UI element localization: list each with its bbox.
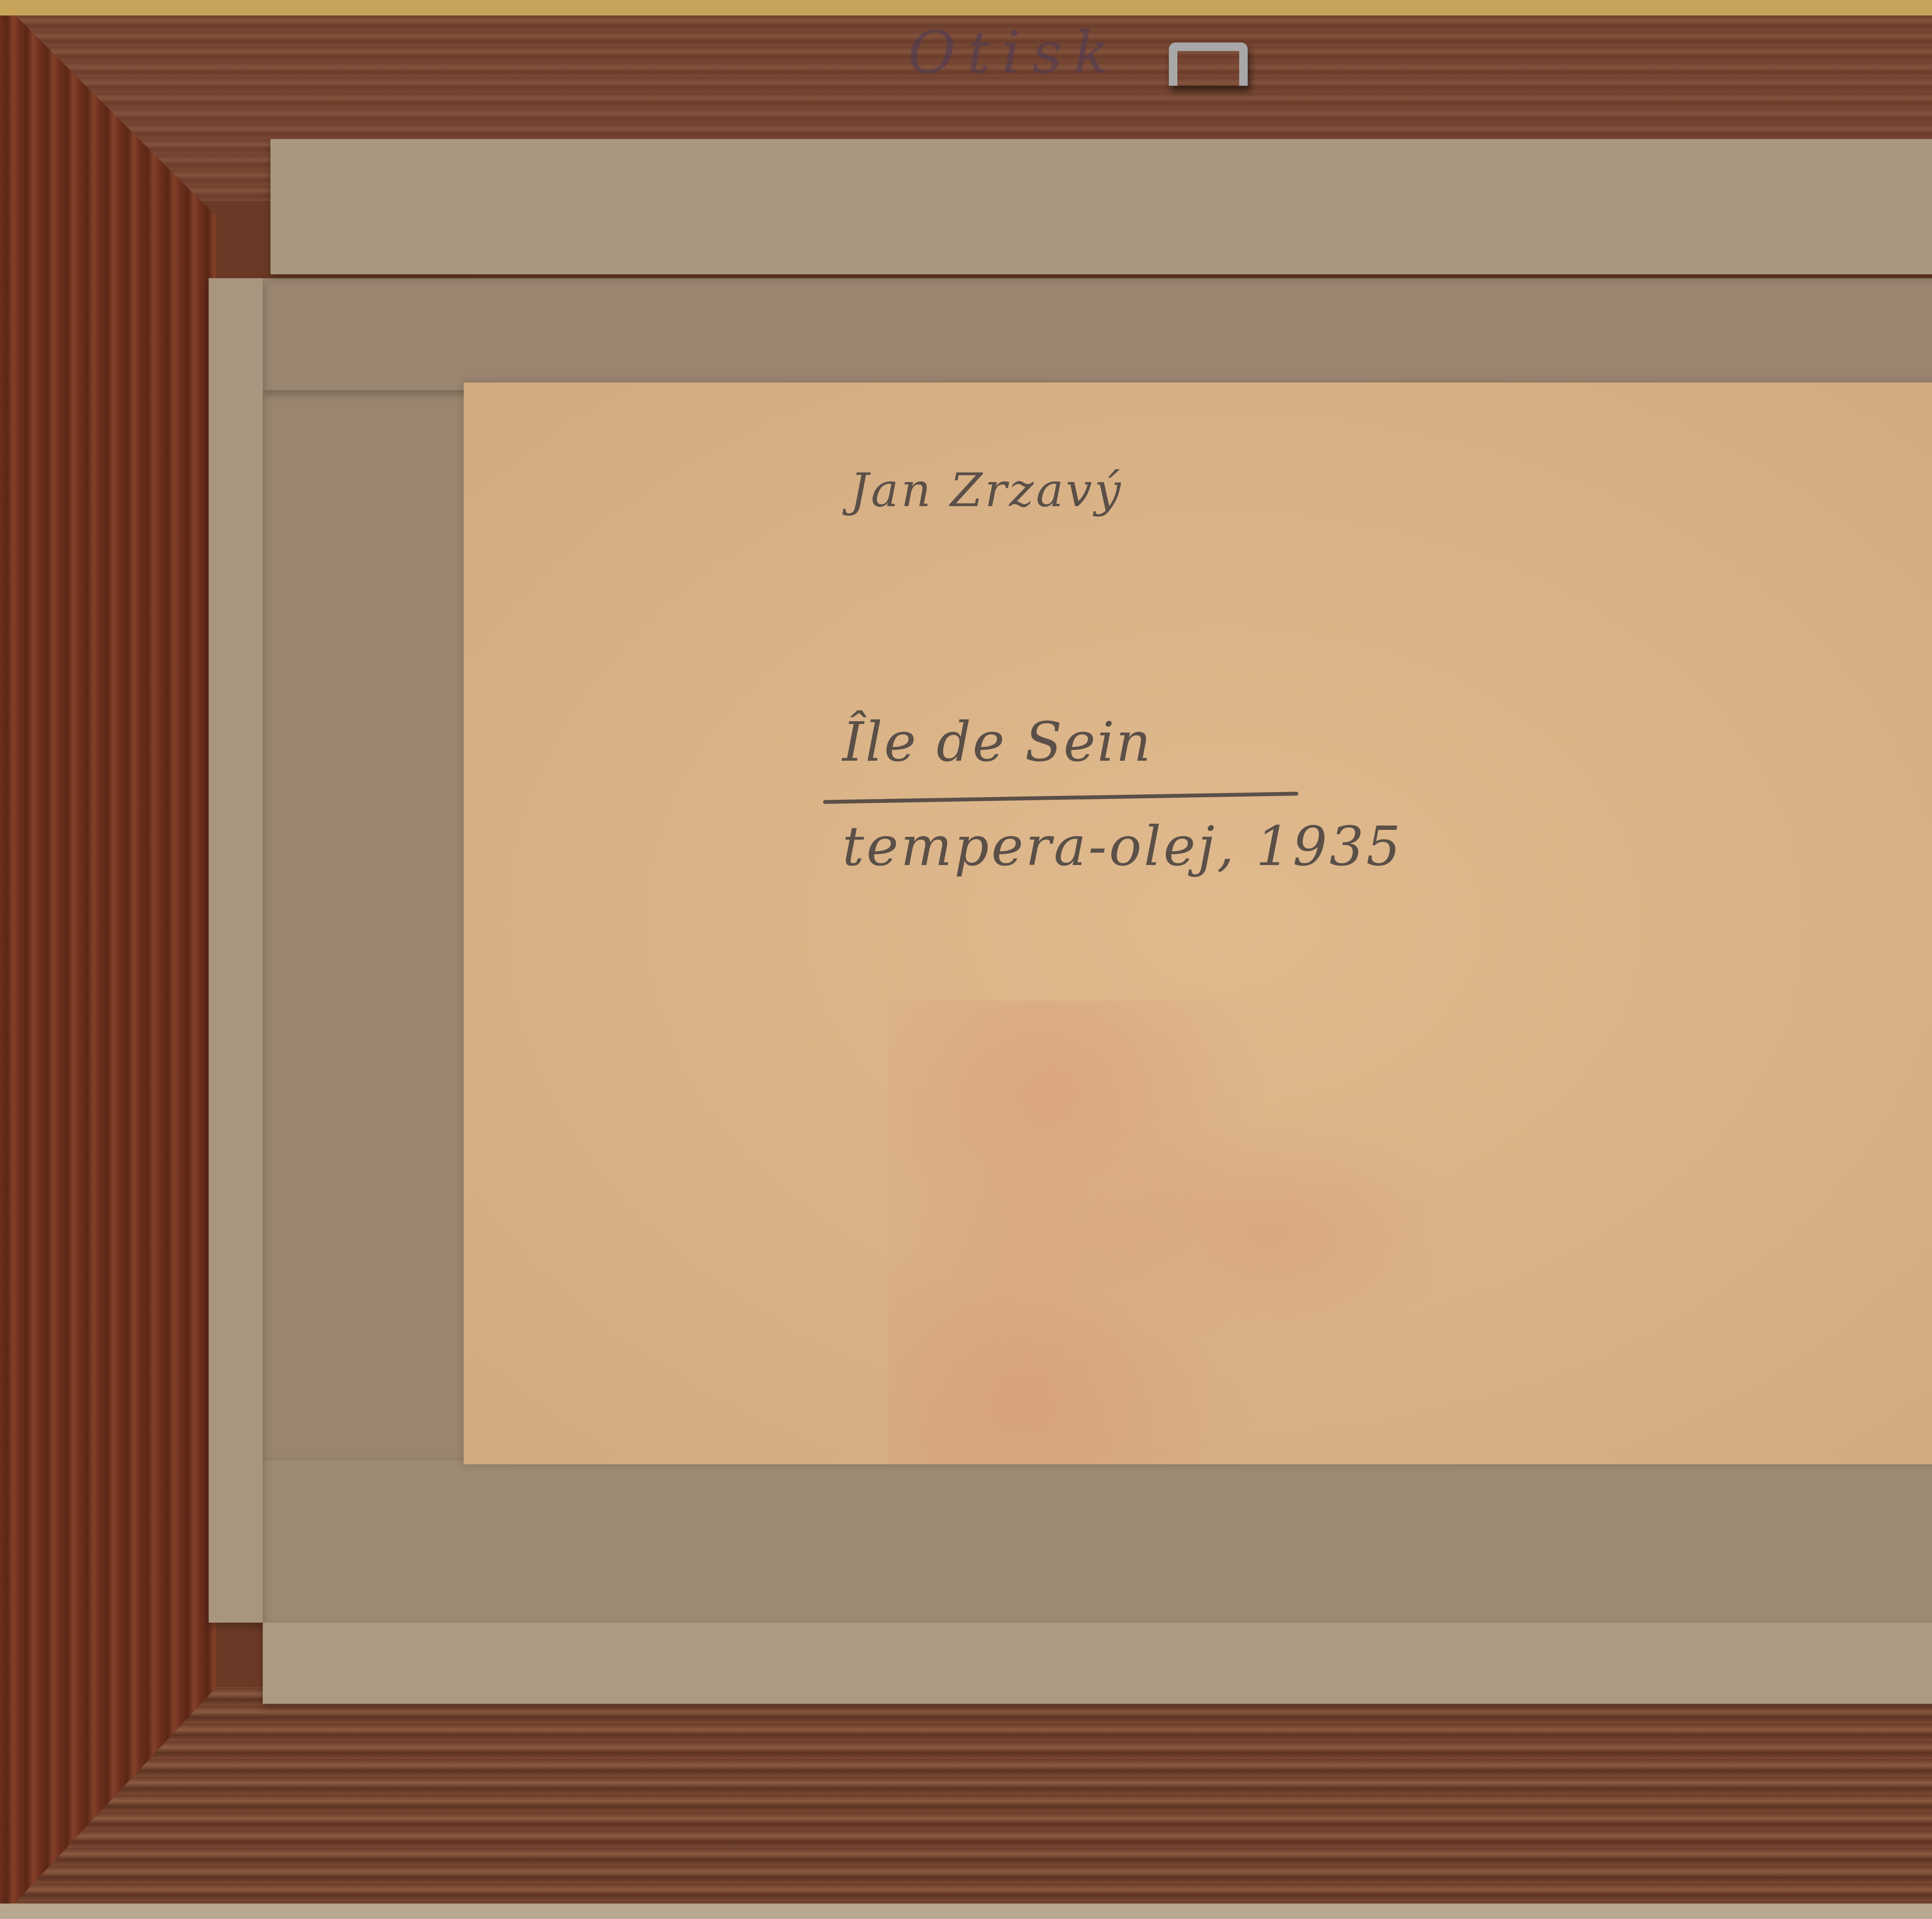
paper-tape-bottom-inner <box>263 1460 1932 1623</box>
frame-rail-left <box>0 0 216 1919</box>
hanging-hook-icon <box>1169 42 1248 86</box>
paper-tape-top <box>270 139 1932 274</box>
red-chalk-marks <box>889 1001 1430 1464</box>
artwork-title: Île de Sein <box>842 711 1152 774</box>
paper-tape-left-inner <box>263 278 471 1623</box>
frame-inscription: Otisk <box>908 19 1120 87</box>
medium-and-year: tempera-olej, 1935 <box>842 815 1403 878</box>
picture-frame-back: Otisk Jan Zrzavý Île de Sein tempera-ole… <box>0 0 1932 1919</box>
underline-rule <box>823 792 1298 804</box>
frame-rail-bottom <box>0 1687 1932 1919</box>
paper-tape-top-inner <box>263 278 1932 390</box>
label-paper: Jan Zrzavý Île de Sein tempera-olej, 193… <box>464 382 1932 1464</box>
artist-name: Jan Zrzavý <box>850 464 1123 517</box>
frame-edge-bottom <box>0 1904 1932 1919</box>
paper-tape-bottom <box>263 1623 1932 1704</box>
paper-tape-left <box>209 278 263 1623</box>
frame-edge-top <box>0 0 1932 15</box>
